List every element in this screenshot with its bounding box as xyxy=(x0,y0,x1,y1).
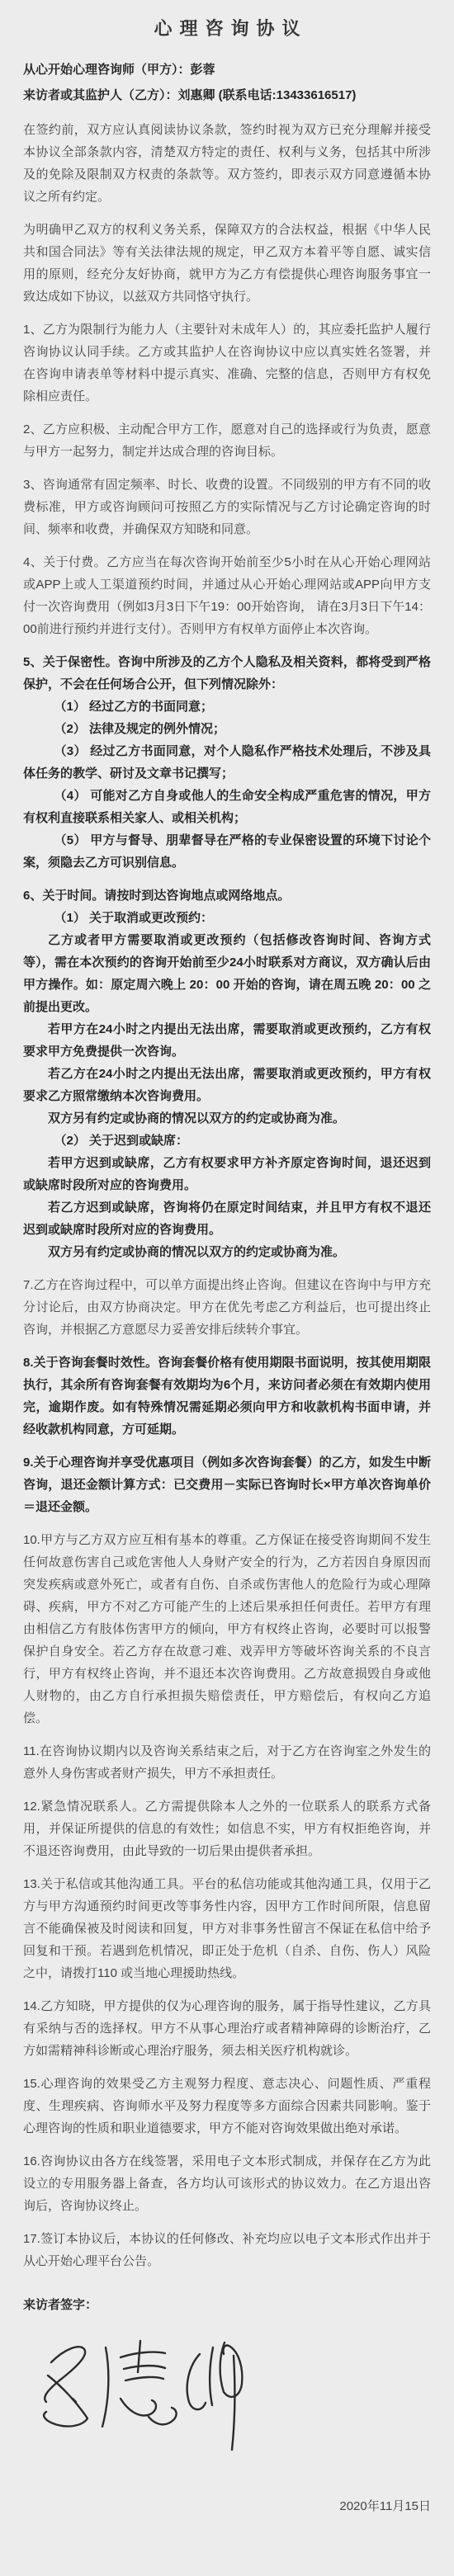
agreement-paragraph: （3） 经过乙方书面同意，对个人隐私作严格技术处理后，不涉及具体任务的教学、研讨… xyxy=(23,740,431,785)
agreement-paragraph: 17.签订本协议后，本协议的任何修改、补充均应以电子文本形式作出并于从心开始心理… xyxy=(23,2228,431,2272)
agreement-paragraph: 4、关于付费。乙方应当在每次咨询开始前至少5小时在从心开始心理网站或APP上或人… xyxy=(23,551,431,640)
page-title: 心理咨询协议 xyxy=(23,15,431,40)
agreement-paragraph: 15.心理咨询的效果受乙方主观努力程度、意志决心、问题性质、严重程度、生理疾病、… xyxy=(23,2073,431,2140)
signature-drawing xyxy=(26,2326,258,2454)
agreement-paragraph: 16.咨询协议由各方在线签署，采用电子文本形式制成，并保存在乙方为此设立的专用服… xyxy=(23,2150,431,2217)
agreement-paragraph: 11.在咨询协议期内以及咨询关系结束之后，对于乙方在咨询室之外发生的意外人身伤害… xyxy=(23,1740,431,1785)
agreement-paragraph: 6、关于时间。请按时到达咨询地点或网络地点。 xyxy=(23,885,431,907)
agreement-body: 在签约前，双方应认真阅读协议条款，签约时视为双方已充分理解并接受本协议全部条款内… xyxy=(23,119,431,2272)
agreement-paragraph: 若甲方在24小时之内提出无法出席，需要取消或更改预约，乙方有权要求甲方免费提供一… xyxy=(23,1018,431,1063)
party-a-line: 从心开始心理咨询师（甲方）：彭蓉 xyxy=(23,57,431,83)
agreement-paragraph: 双方另有约定或协商的情况以双方的约定或协商为准。 xyxy=(23,1107,431,1130)
agreement-paragraph: （5） 甲方与督导、朋辈督导在严格的专业保密设置的环境下讨论个案，须隐去乙方可识… xyxy=(23,829,431,874)
agreement-paragraph: （2） 关于迟到或缺席： xyxy=(23,1130,431,1152)
visitor-signature-label: 来访者签字： xyxy=(23,2295,431,2313)
agreement-paragraph: 5、关于保密性。咨询中所涉及的乙方个人隐私及相关资料，都将受到严格保护，不会在任… xyxy=(23,651,431,696)
agreement-paragraph: 3、咨询通常有固定频率、时长、收费的设置。不同级别的甲方有不同的收费标准，甲方或… xyxy=(23,474,431,540)
agreement-paragraph: （2） 法律及规定的例外情况； xyxy=(23,718,431,740)
agreement-paragraph: 14.乙方知晓，甲方提供的仅为心理咨询的服务，属于指导性建议，乙方具有采纳与否的… xyxy=(23,1995,431,2062)
agreement-paragraph: 若乙方迟到或缺席，咨询将仍在原定时间结束，并且甲方有权不退还迟到或缺席时段所对应… xyxy=(23,1196,431,1241)
agreement-paragraph: 在签约前，双方应认真阅读协议条款，签约时视为双方已充分理解并接受本协议全部条款内… xyxy=(23,119,431,208)
party-b-line: 来访者或其监护人（乙方）：刘惠卿 (联系电话:13433616517) xyxy=(23,83,431,108)
agreement-paragraph: 8.关于咨询套餐时效性。咨询套餐价格有使用期限书面说明，按其使用期限执行，其余所… xyxy=(23,1352,431,1441)
agreement-paragraph: （1） 关于取消或更改预约： xyxy=(23,907,431,929)
visitor-signature xyxy=(26,2326,431,2454)
agreement-paragraph: 双方另有约定或协商的情况以双方的约定或协商为准。 xyxy=(23,1241,431,1263)
agreement-paragraph: 12.紧急情况联系人。乙方需提供除本人之外的一位联系人的联系方式备用，并保证所提… xyxy=(23,1795,431,1862)
agreement-paragraph: 13.关于私信或其他沟通工具。平台的私信功能或其他沟通工具，仅用于乙方与甲方沟通… xyxy=(23,1873,431,1984)
agreement-paragraph: （1） 经过乙方的书面同意； xyxy=(23,696,431,718)
agreement-paragraph: （4） 可能对乙方自身或他人的生命安全构成严重危害的情况，甲方有权利直接联系相关… xyxy=(23,785,431,829)
agreement-paragraph: 若乙方在24小时之内提出无法出席，需要取消或更改预约，甲方有权要求乙方照常缴纳本… xyxy=(23,1063,431,1107)
agreement-paragraph: 若甲方迟到或缺席，乙方有权要求甲方补齐原定咨询时间，退还迟到或缺席时段所对应的咨… xyxy=(23,1152,431,1196)
agreement-paragraph: 乙方或者甲方需要取消或更改预约（包括修改咨询时间、咨询方式等），需在本次预约的咨… xyxy=(23,929,431,1018)
agreement-paragraph: 1、乙方为限制行为能力人（主要针对未成年人）的，其应委托监护人履行咨询协议认同手… xyxy=(23,318,431,408)
agreement-date: 2020年11月15日 xyxy=(23,2497,431,2514)
agreement-paragraph: 2、乙方应积极、主动配合甲方工作，愿意对自己的选择或行为负责，愿意与甲方一起努力… xyxy=(23,418,431,463)
agreement-paragraph: 9.关于心理咨询并享受优惠项目（例如多次咨询套餐）的乙方，如发生中断咨询，退还金… xyxy=(23,1451,431,1518)
agreement-paragraph: 10.甲方与乙方双方应互相有基本的尊重。乙方保证在接受咨询期间不发生任何故意伤害… xyxy=(23,1529,431,1729)
agreement-document: 心理咨询协议 从心开始心理咨询师（甲方）：彭蓉 来访者或其监护人（乙方）：刘惠卿… xyxy=(0,0,454,2576)
agreement-paragraph: 为明确甲乙双方的权利义务关系，保障双方的合法权益，根据《中华人民共和国合同法》等… xyxy=(23,219,431,308)
agreement-paragraph: 7.乙方在咨询过程中，可以单方面提出终止咨询。但建议在咨询中与甲方充分讨论后，由… xyxy=(23,1274,431,1341)
